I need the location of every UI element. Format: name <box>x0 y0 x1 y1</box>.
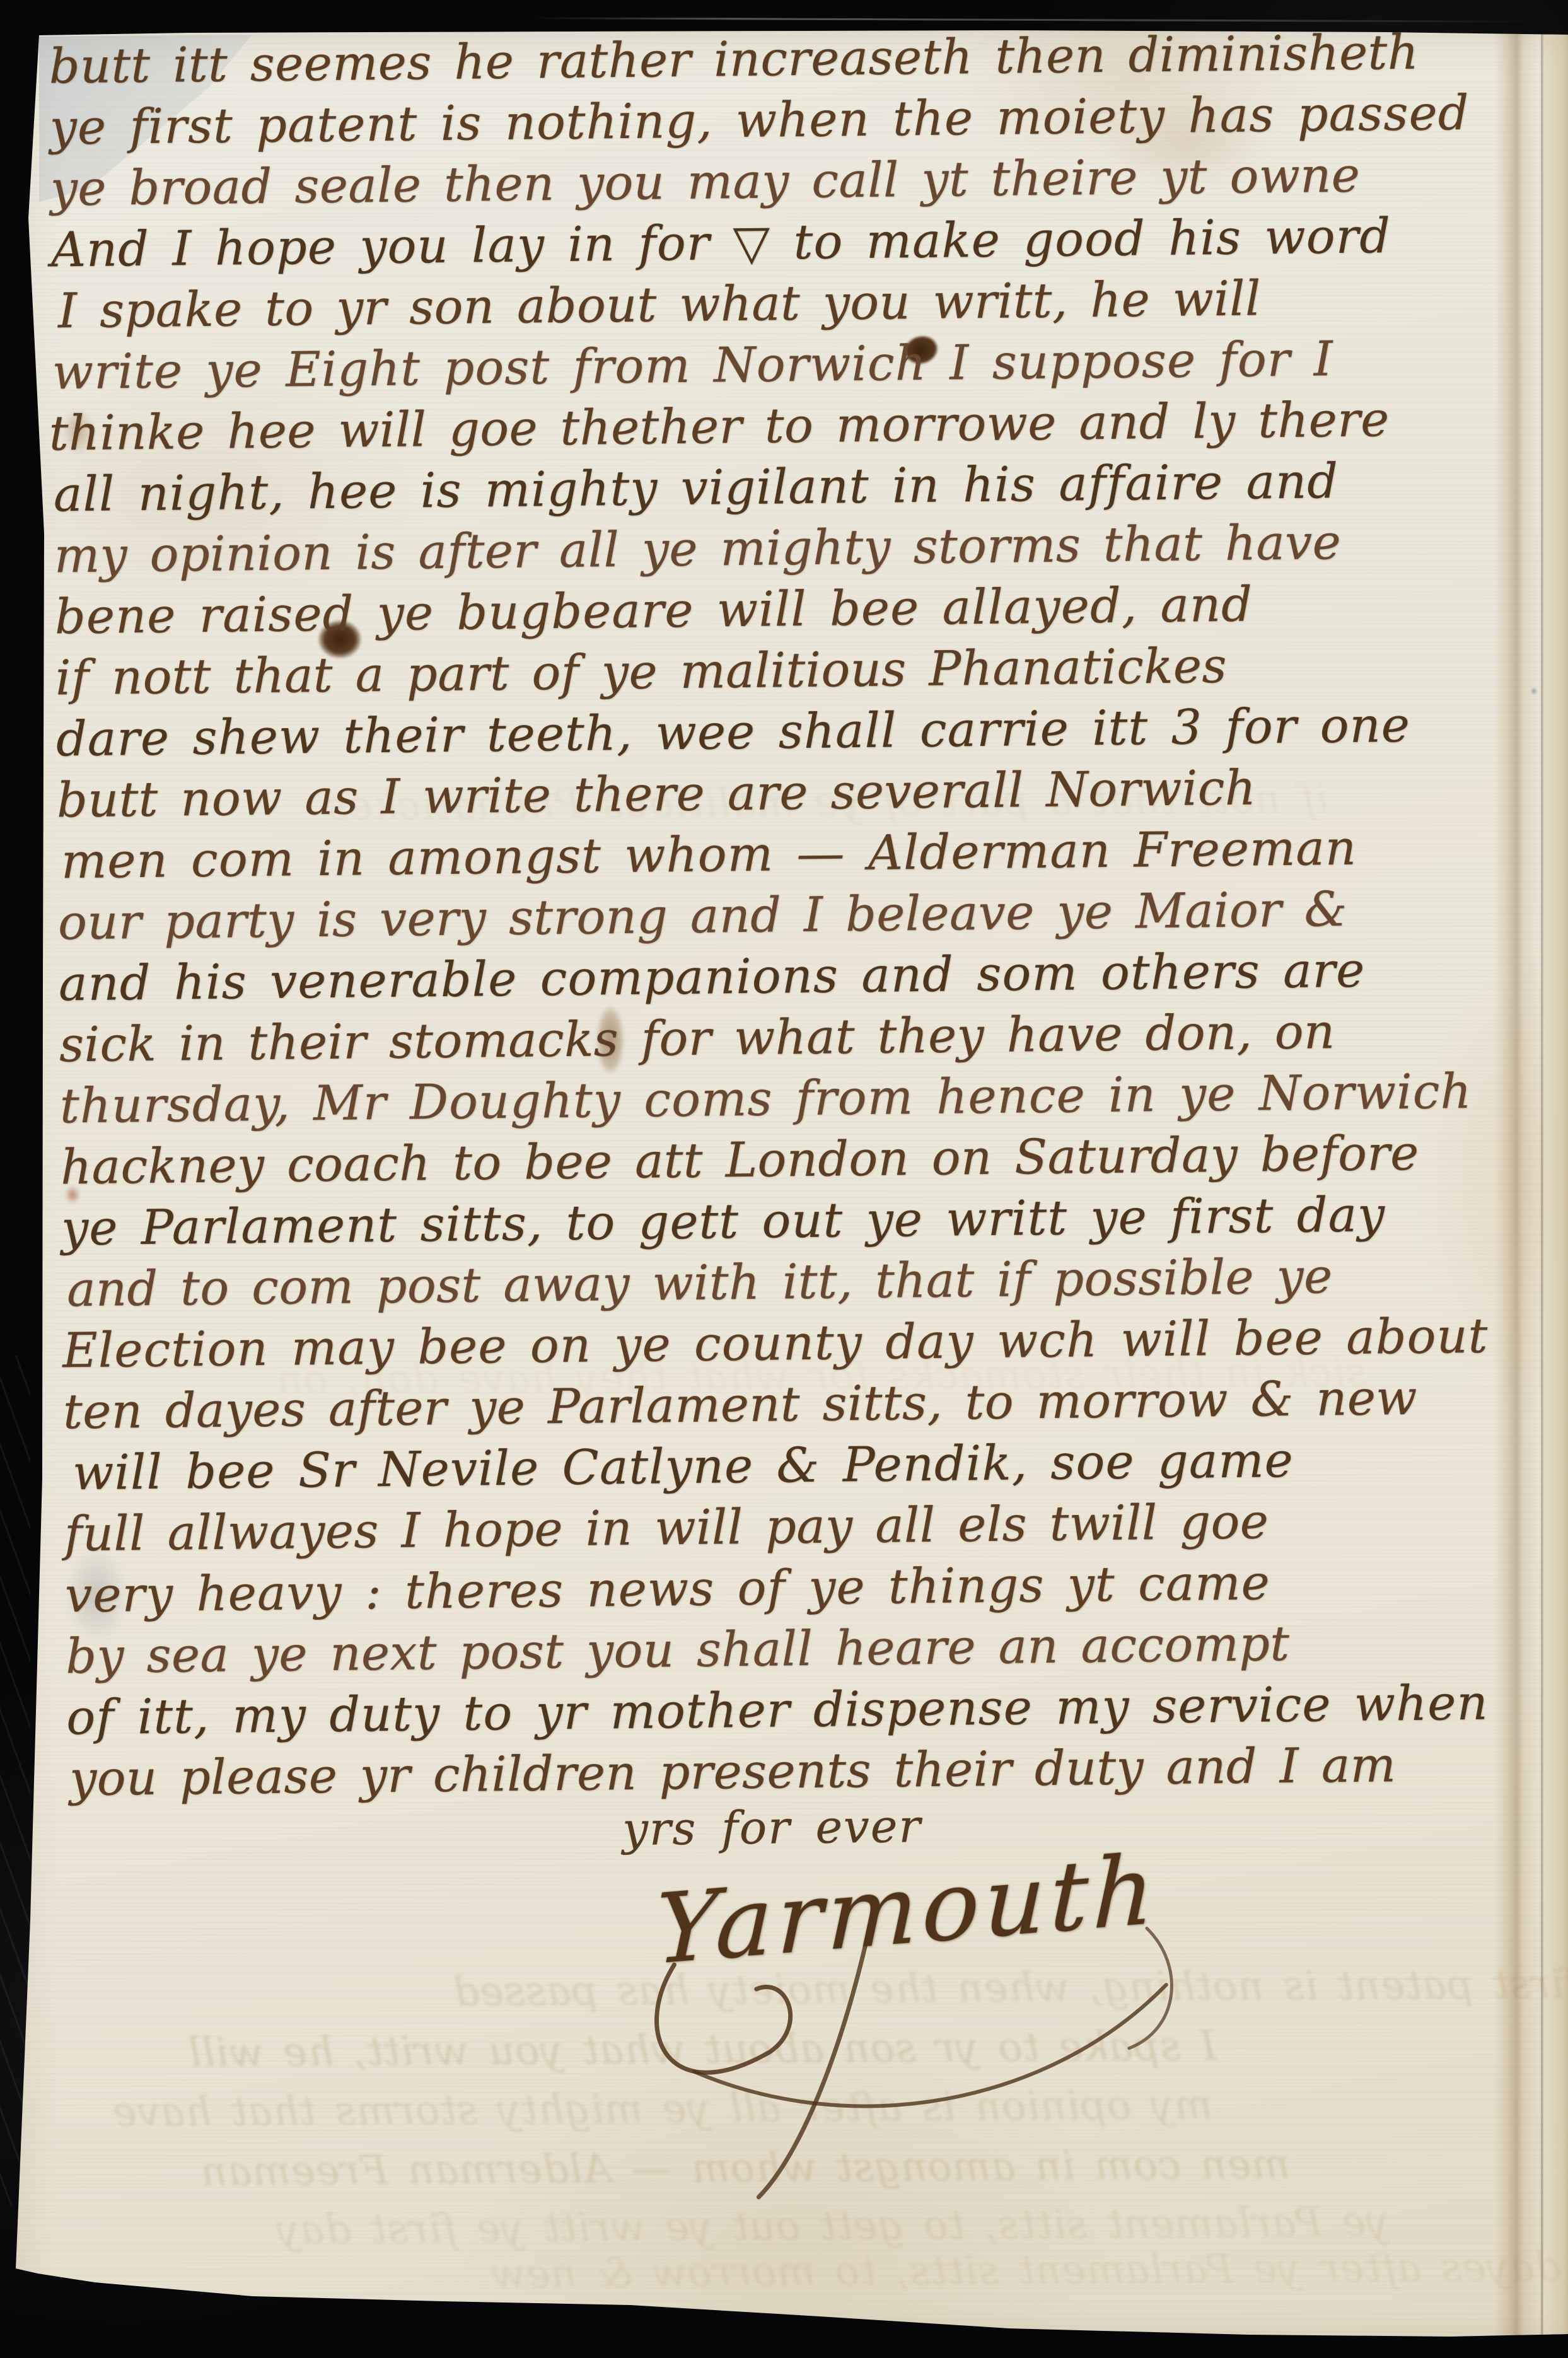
background-scratch <box>530 17 1538 23</box>
letter-page: ye first patent is nothing, when the moi… <box>11 29 1568 2345</box>
letter-text: butt itt seemes he rather increaseth the… <box>49 20 1554 2305</box>
